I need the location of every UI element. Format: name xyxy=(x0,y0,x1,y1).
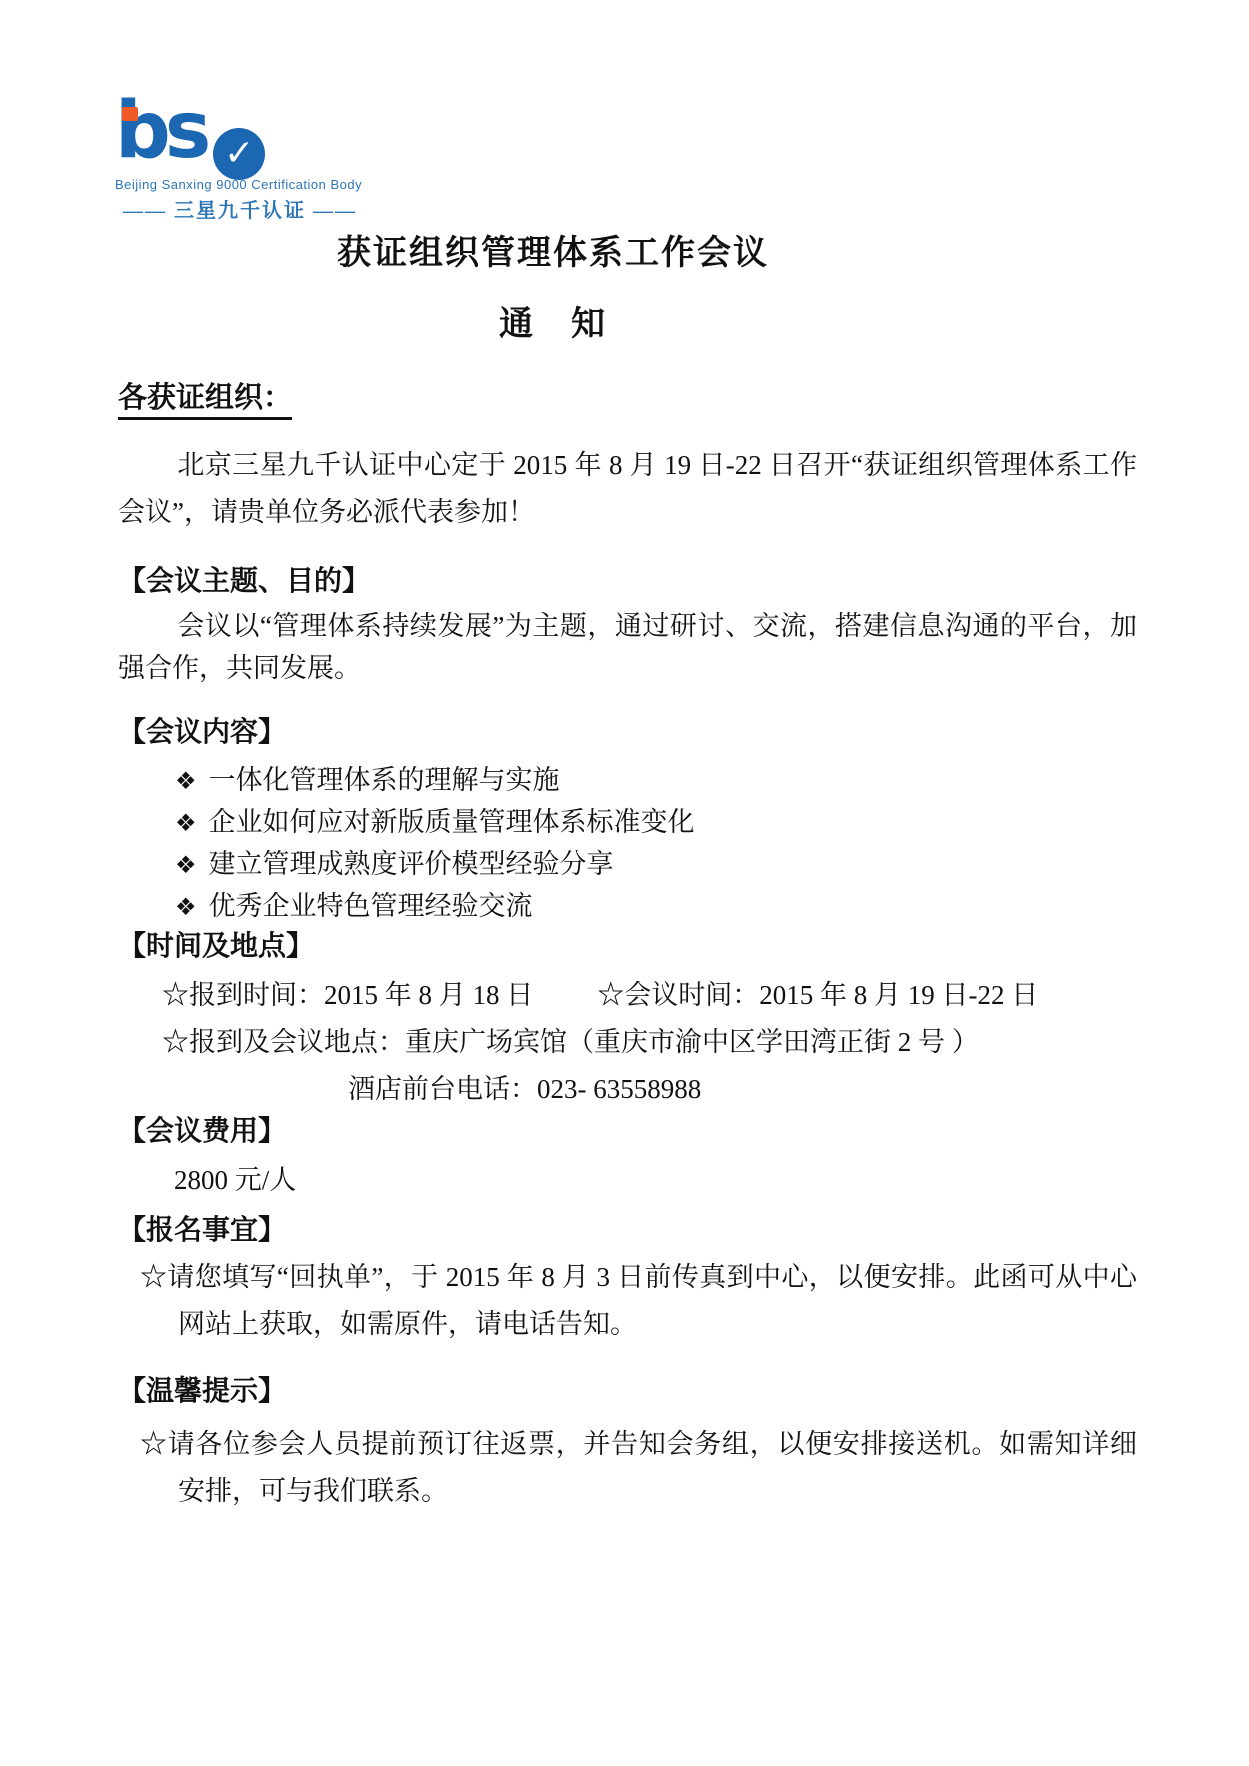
logo-wordmark: bs xyxy=(115,86,205,176)
diamond-bullet-icon: ❖ xyxy=(175,769,197,795)
list-item: ❖一体化管理体系的理解与实施 xyxy=(118,760,1137,802)
company-logo: bs ✓ Beijing Sanxing 9000 Certification … xyxy=(0,0,375,223)
title-area: 获证组织管理体系工作会议 通 知 xyxy=(118,231,988,347)
salutation-row: 各获证组织： xyxy=(118,380,1137,420)
logo-mark: bs ✓ xyxy=(115,85,375,177)
salutation: 各获证组织： xyxy=(118,380,292,420)
agenda-item-text: 一体化管理体系的理解与实施 xyxy=(209,765,560,795)
agenda-item-text: 优秀企业特色管理经验交流 xyxy=(209,891,533,921)
section-heading-tips: 【温馨提示】 xyxy=(118,1375,1137,1409)
diamond-bullet-icon: ❖ xyxy=(175,811,197,837)
theme-paragraph: 会议以“管理体系持续发展”为主题，通过研讨、交流，搭建信息沟通的平台，加强合作，… xyxy=(118,605,1137,689)
check-icon: ✓ xyxy=(224,136,254,172)
list-item: ❖优秀企业特色管理经验交流 xyxy=(118,886,1137,928)
section-heading-fee: 【会议费用】 xyxy=(118,1115,1137,1149)
document-content: 获证组织管理体系工作会议 通 知 各获证组织： 北京三星九千认证中心定于 201… xyxy=(0,231,1249,1515)
diamond-bullet-icon: ❖ xyxy=(175,895,197,921)
logo-subtitle-chinese: —— 三星九千认证 —— xyxy=(115,194,365,223)
section-heading-time-place: 【时间及地点】 xyxy=(118,930,1137,964)
section-heading-content: 【会议内容】 xyxy=(118,716,1137,750)
agenda-list: ❖一体化管理体系的理解与实施 ❖企业如何应对新版质量管理体系标准变化 ❖建立管理… xyxy=(118,760,1137,928)
time-line: ☆报到时间：2015 年 8 月 18 日☆会议时间：2015 年 8 月 19… xyxy=(118,972,1137,1019)
venue-line: ☆报到及会议地点：重庆广场宾馆（重庆市渝中区学田湾正街 2 号 ） xyxy=(118,1019,1137,1066)
document-subtitle: 通 知 xyxy=(118,302,988,347)
section-heading-theme: 【会议主题、目的】 xyxy=(118,565,1137,599)
meeting-time: ☆会议时间：2015 年 8 月 19 日-22 日 xyxy=(597,980,1038,1010)
agenda-item-text: 建立管理成熟度评价模型经验分享 xyxy=(209,849,614,879)
fee-amount: 2800 元/人 xyxy=(118,1157,1137,1204)
agenda-item-text: 企业如何应对新版质量管理体系标准变化 xyxy=(209,807,695,837)
checkin-time: ☆报到时间：2015 年 8 月 18 日 xyxy=(162,972,533,1019)
list-item: ❖建立管理成熟度评价模型经验分享 xyxy=(118,844,1137,886)
tips-paragraph: ☆请各位参会人员提前预订往返票，并告知会务组，以便安排接送机。如需知详细安排，可… xyxy=(118,1421,1137,1515)
logo-orange-dot-icon xyxy=(122,107,138,121)
intro-paragraph: 北京三星九千认证中心定于 2015 年 8 月 19 日-22 日召开“获证组织… xyxy=(118,442,1137,536)
document-title: 获证组织管理体系工作会议 xyxy=(118,231,988,276)
hotel-phone-line: 酒店前台电话：023- 63558988 xyxy=(118,1066,1137,1113)
check-circle-icon: ✓ xyxy=(213,128,265,180)
notice-document-page: bs ✓ Beijing Sanxing 9000 Certification … xyxy=(0,0,1249,1766)
section-heading-signup: 【报名事宜】 xyxy=(118,1214,1137,1248)
diamond-bullet-icon: ❖ xyxy=(175,853,197,879)
signup-paragraph: ☆请您填写“回执单”，于 2015 年 8 月 3 日前传真到中心，以便安排。此… xyxy=(118,1254,1137,1348)
list-item: ❖企业如何应对新版质量管理体系标准变化 xyxy=(118,802,1137,844)
